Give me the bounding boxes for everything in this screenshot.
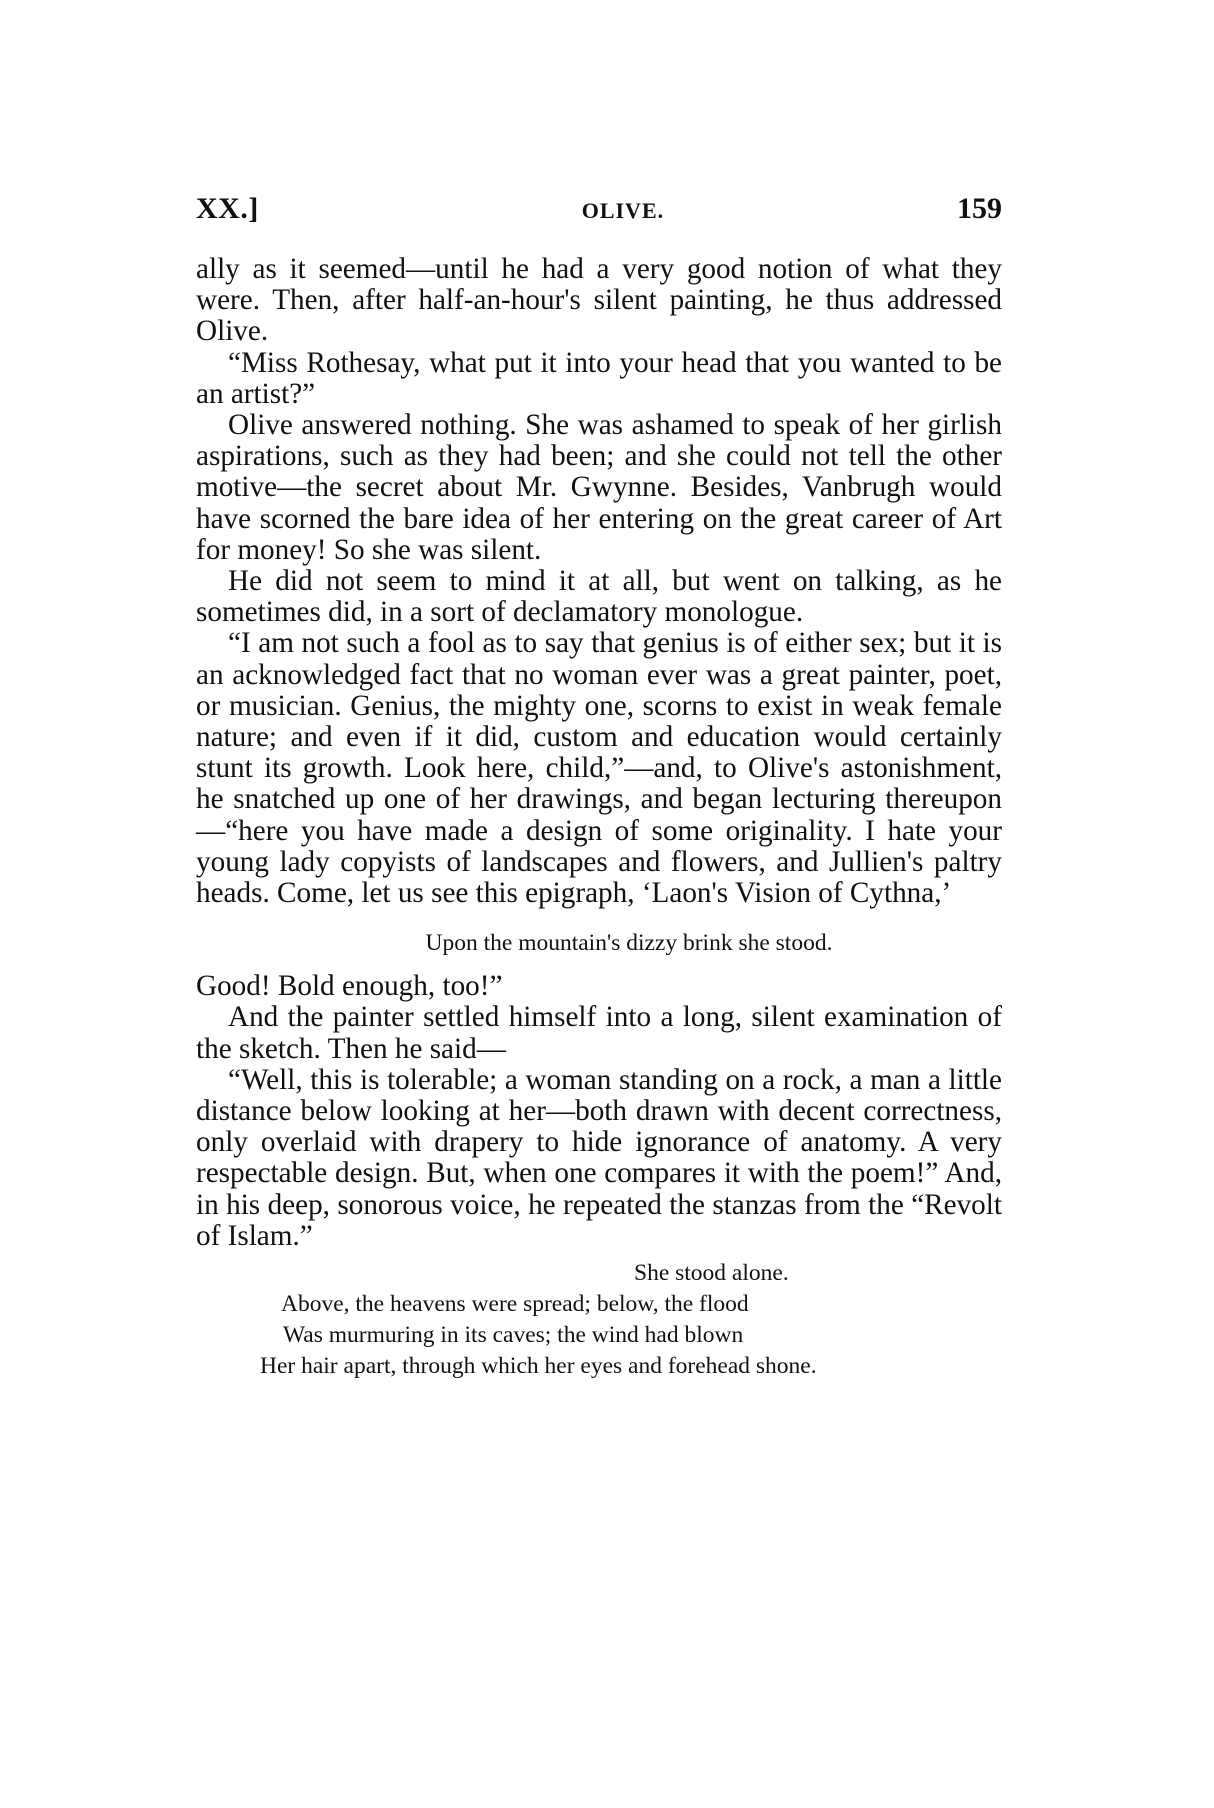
- paragraph: “Miss Rothesay, what put it into your he…: [196, 348, 1002, 410]
- running-title: OLIVE.: [582, 198, 664, 224]
- paragraph: ally as it seemed—until he had a very go…: [196, 254, 1002, 348]
- page-number: 159: [957, 192, 1002, 226]
- body-text: ally as it seemed—until he had a very go…: [196, 254, 1002, 1382]
- paragraph: Olive answered nothing. She was ashamed …: [196, 410, 1002, 566]
- chapter-marker: XX.]: [196, 192, 259, 226]
- verse-line: She stood alone.: [196, 1258, 1002, 1289]
- verse-line: Her hair apart, through which her eyes a…: [196, 1351, 1002, 1382]
- paragraph: And the painter settled himself into a l…: [196, 1002, 1002, 1064]
- verse-block: She stood alone. Above, the heavens were…: [196, 1258, 1002, 1382]
- paragraph: He did not seem to mind it at all, but w…: [196, 566, 1002, 628]
- paragraph: “Well, this is tolerable; a woman standi…: [196, 1065, 1002, 1252]
- verse-line: Above, the heavens were spread; below, t…: [196, 1289, 1002, 1320]
- paragraph: Good! Bold enough, too!”: [196, 971, 1002, 1002]
- paragraph: “I am not such a fool as to say that gen…: [196, 628, 1002, 909]
- verse-line: Was murmuring in its caves; the wind had…: [196, 1320, 1002, 1351]
- book-page: XX.] OLIVE. 159 ally as it seemed—until …: [196, 192, 1002, 1382]
- running-head: XX.] OLIVE. 159: [196, 192, 1002, 232]
- epigraph-quote: Upon the mountain's dizzy brink she stoo…: [256, 929, 1002, 957]
